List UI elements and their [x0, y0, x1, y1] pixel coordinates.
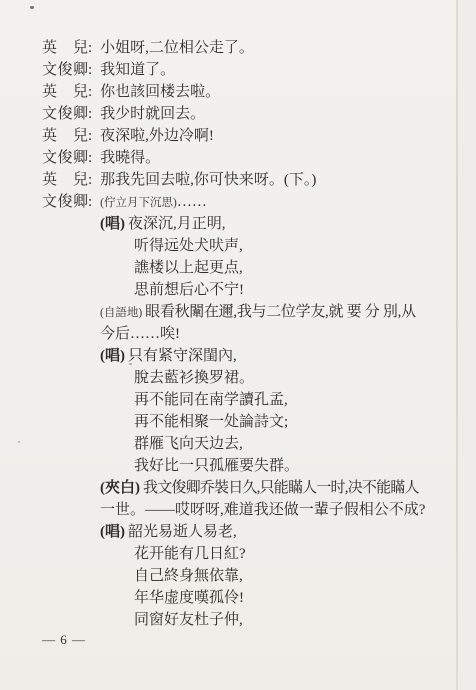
page-number: — 6 — [42, 632, 86, 648]
aside-tag: (夾白) [100, 480, 140, 496]
speaker-char: 俊 [57, 147, 72, 169]
lyric-intro-text: 韶光易逝人易老, [128, 524, 237, 540]
speaker-char: 兒 [73, 81, 88, 103]
speaker-name: 英兒 [42, 125, 88, 147]
speaker-char: 英 [42, 169, 57, 191]
ink-speck [30, 6, 34, 9]
lyric-text: 我好比一只孤雁要失群。 [134, 458, 299, 474]
dialogue-line: 英兒:你也該回楼去啦。 [42, 81, 476, 103]
lyric-intro-text: 夜深沉,月正明, [128, 216, 226, 232]
speaker-colon: : [88, 194, 92, 210]
lyric-text: 年华虚度嘆孤伶! [134, 590, 244, 606]
dialogue-line: 英兒:夜深啦,外边冷啊! [42, 125, 476, 147]
dialogue-text: …… [177, 194, 207, 210]
speaker-char: 卿 [73, 147, 88, 169]
dialogue-text: 小姐呀,二位相公走了。 [100, 40, 254, 56]
continuation-text: 今后……唉! [100, 326, 180, 342]
lyric-text: 听得远处犬吠声, [134, 238, 243, 254]
lyric-text: 群雁飞向天边去, [134, 436, 243, 452]
speaker-char: 英 [42, 81, 57, 103]
speaker-name: 英兒 [42, 81, 88, 103]
stage-direction: (佇立月下沉思) [100, 197, 177, 209]
lyric-text: 花开能有几日紅? [134, 546, 246, 562]
sung-tag: (唱) [100, 216, 125, 232]
speaker-char: 文 [42, 103, 57, 125]
dialogue-line: 文俊卿:我知道了。 [42, 59, 476, 81]
lyric-intro-line: (唱)韶光易逝人易老, [100, 521, 476, 543]
aside-text: 我文俊卿乔裝日久,只能瞞人一时,决不能瞞人 [143, 480, 419, 496]
lyric-line: 听得远处犬吠声, [134, 235, 476, 257]
dialogue-line: 英兒:小姐呀,二位相公走了。 [42, 37, 476, 59]
speaker-char: 卿 [73, 59, 88, 81]
lyric-text: 思前想后心不宁! [134, 282, 244, 298]
speaker-colon: : [88, 84, 92, 100]
lyric-text: 自己終身無依靠, [134, 568, 243, 584]
script-body: 英兒:小姐呀,二位相公走了。文俊卿:我知道了。英兒:你也該回楼去啦。文俊卿:我少… [0, 37, 476, 631]
lyric-intro-text: 只有紧守深閨內, [128, 348, 237, 364]
speaker-name: 英兒 [42, 169, 88, 191]
scanned-script-page: { "document": { "kind": "chinese-opera-s… [0, 0, 476, 690]
lyric-line: 同窗好友杜子仲, [134, 609, 476, 631]
dialogue-line: 文俊卿:(佇立月下沉思)…… [42, 191, 476, 213]
lyric-line: 脫去藍衫換罗裙。 [134, 367, 476, 389]
dialogue-text: 你也該回楼去啦。 [100, 84, 220, 100]
speaker-char: 兒 [73, 169, 88, 191]
dialogue-text: 夜深啦,外边冷啊! [100, 128, 214, 144]
lyric-line: 思前想后心不宁! [134, 279, 476, 301]
speaker-name: 文俊卿 [42, 191, 88, 213]
lyric-intro-line: (唱)夜深沉,月正明, [100, 213, 476, 235]
lyric-line: 譙楼以上起更点, [134, 257, 476, 279]
lyric-line: 再不能相聚一处論詩文; [134, 411, 476, 433]
sung-tag: (唱) [100, 348, 125, 364]
speaker-name: 英兒 [42, 37, 88, 59]
speaker-char: 兒 [73, 125, 88, 147]
continuation-line: 今后……唉! [100, 323, 476, 345]
sung-tag: (唱) [100, 524, 125, 540]
dialogue-line: 文俊卿:我曉得。 [42, 147, 476, 169]
speaker-char: 俊 [57, 59, 72, 81]
lyric-text: 同窗好友杜子仲, [134, 612, 243, 628]
dialogue-line: 英兒:那我先回去啦,你可快来呀。(下。) [42, 169, 476, 191]
lyric-line: 我好比一只孤雁要失群。 [134, 455, 476, 477]
speaker-char: 英 [42, 125, 57, 147]
speaker-char: 文 [42, 59, 57, 81]
lyric-text: 再不能同在南学讀孔孟, [134, 392, 288, 408]
speaker-char: 文 [42, 191, 57, 213]
continuation-line: 一世。——哎呀呀,难道我还做一輩子假相公不成? [100, 499, 476, 521]
dialogue-text: 我曉得。 [100, 150, 160, 166]
speaker-char: 文 [42, 147, 57, 169]
dialogue-text: 我少时就回去。 [100, 106, 205, 122]
lyric-line: 自己終身無依靠, [134, 565, 476, 587]
lyric-line: 年华虚度嘆孤伶! [134, 587, 476, 609]
speaker-char: 兒 [73, 37, 88, 59]
aside-line: (夾白)我文俊卿乔裝日久,只能瞞人一时,决不能瞞人 [100, 477, 476, 499]
lyric-intro-line: (唱)只有紧守深閨內, [100, 345, 476, 367]
speaker-name: 文俊卿 [42, 147, 88, 169]
lyric-line: 花开能有几日紅? [134, 543, 476, 565]
speaker-char: 俊 [57, 103, 72, 125]
dialogue-text: 那我先回去啦,你可快来呀。(下。) [100, 172, 316, 188]
speaker-colon: : [88, 62, 92, 78]
speaker-name: 文俊卿 [42, 59, 88, 81]
speaker-colon: : [88, 150, 92, 166]
speaker-char: 卿 [73, 191, 88, 213]
self-talk-text: 眼看秋闈在邇,我与二位学友,就 要 分 別,从 [145, 304, 416, 320]
speaker-name: 文俊卿 [42, 103, 88, 125]
dialogue-text: 我知道了。 [100, 62, 175, 78]
lyric-text: 再不能相聚一处論詩文; [134, 414, 288, 430]
lyric-line: 再不能同在南学讀孔孟, [134, 389, 476, 411]
continuation-text: 一世。——哎呀呀,难道我还做一輩子假相公不成? [100, 502, 425, 518]
lyric-text: 脫去藍衫換罗裙。 [134, 370, 254, 386]
dialogue-line: 文俊卿:我少时就回去。 [42, 103, 476, 125]
speaker-char: 俊 [57, 191, 72, 213]
lyric-line: 群雁飞向天边去, [134, 433, 476, 455]
self-talk-line: (自語地)眼看秋闈在邇,我与二位学友,就 要 分 別,从 [100, 301, 476, 323]
speaker-colon: : [88, 40, 92, 56]
lyric-text: 譙楼以上起更点, [134, 260, 243, 276]
speaker-colon: : [88, 106, 92, 122]
speaker-char: 卿 [73, 103, 88, 125]
speaker-char: 英 [42, 37, 57, 59]
speaker-colon: : [88, 128, 92, 144]
self-talk-tag: (自語地) [100, 307, 142, 319]
speaker-colon: : [88, 172, 92, 188]
